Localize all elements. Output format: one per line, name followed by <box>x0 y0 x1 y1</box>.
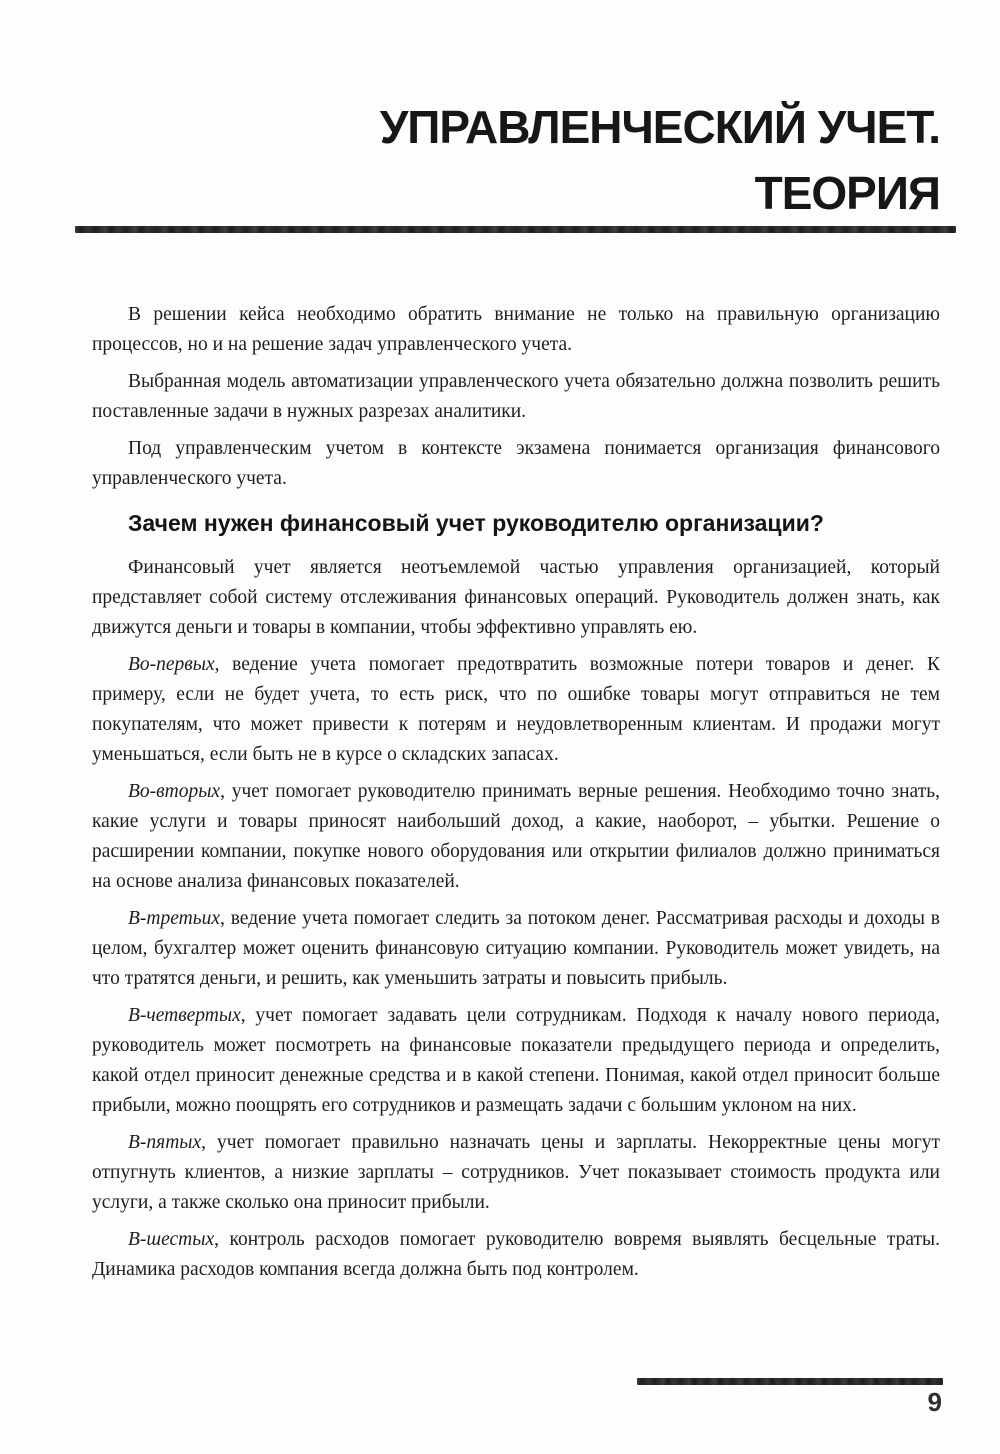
paragraph: Во-первых, ведение учета помогает предот… <box>92 650 940 770</box>
paragraph: В-шестых, контроль расходов помогает рук… <box>92 1225 940 1285</box>
paragraph-text: , контроль расходов помогает руководител… <box>92 1229 940 1280</box>
paragraph: Во-вторых, учет помогает руководителю пр… <box>92 777 940 897</box>
paragraph-text: , ведение учета помогает предотвратить в… <box>92 654 940 765</box>
paragraph-text: Выбранная модель автоматизации управленч… <box>92 371 940 422</box>
section-heading: Зачем нужен финансовый учет руководителю… <box>128 508 940 538</box>
paragraph-lead: Во-вторых <box>128 781 220 802</box>
chapter-title-line-1: УПРАВЛЕНЧЕСКИЙ УЧЕТ. <box>60 94 940 160</box>
paragraph-text: В решении кейса необходимо обратить вним… <box>92 304 940 355</box>
paragraph: Под управленческим учетом в контексте эк… <box>92 434 940 494</box>
paragraph-lead: В-третьих <box>128 908 220 929</box>
paragraph-text: Под управленческим учетом в контексте эк… <box>92 438 940 489</box>
page-body: В решении кейса необходимо обратить вним… <box>92 300 940 1292</box>
paragraph-text: Финансовый учет является неотъемлемой ча… <box>92 557 940 638</box>
paragraph: Финансовый учет является неотъемлемой ча… <box>92 553 940 643</box>
paragraph: В-пятых, учет помогает правильно назнача… <box>92 1128 940 1218</box>
book-page: УПРАВЛЕНЧЕСКИЙ УЧЕТ. ТЕОРИЯ В решении ке… <box>0 0 1000 1454</box>
title-divider-rule <box>75 226 956 233</box>
chapter-title-line-2: ТЕОРИЯ <box>60 160 940 226</box>
paragraph-text: , учет помогает руководителю принимать в… <box>92 781 940 892</box>
paragraph-lead: В-четвертых <box>128 1005 241 1026</box>
paragraph-lead: В-пятых <box>128 1132 201 1153</box>
chapter-title: УПРАВЛЕНЧЕСКИЙ УЧЕТ. ТЕОРИЯ <box>60 94 940 226</box>
paragraph-text: , учет помогает правильно назначать цены… <box>92 1132 940 1213</box>
paragraph-lead: Во-первых <box>128 654 215 675</box>
paragraph-lead: В-шестых <box>128 1229 214 1250</box>
paragraph: Выбранная модель автоматизации управленч… <box>92 367 940 427</box>
paragraph: В решении кейса необходимо обратить вним… <box>92 300 940 360</box>
paragraph-text: , ведение учета помогает следить за пото… <box>92 908 940 989</box>
footer-divider-rule <box>637 1378 943 1385</box>
page-number: 9 <box>928 1387 942 1418</box>
paragraph: В-третьих, ведение учета помогает следит… <box>92 904 940 994</box>
paragraph: В-четвертых, учет помогает задавать цели… <box>92 1001 940 1121</box>
